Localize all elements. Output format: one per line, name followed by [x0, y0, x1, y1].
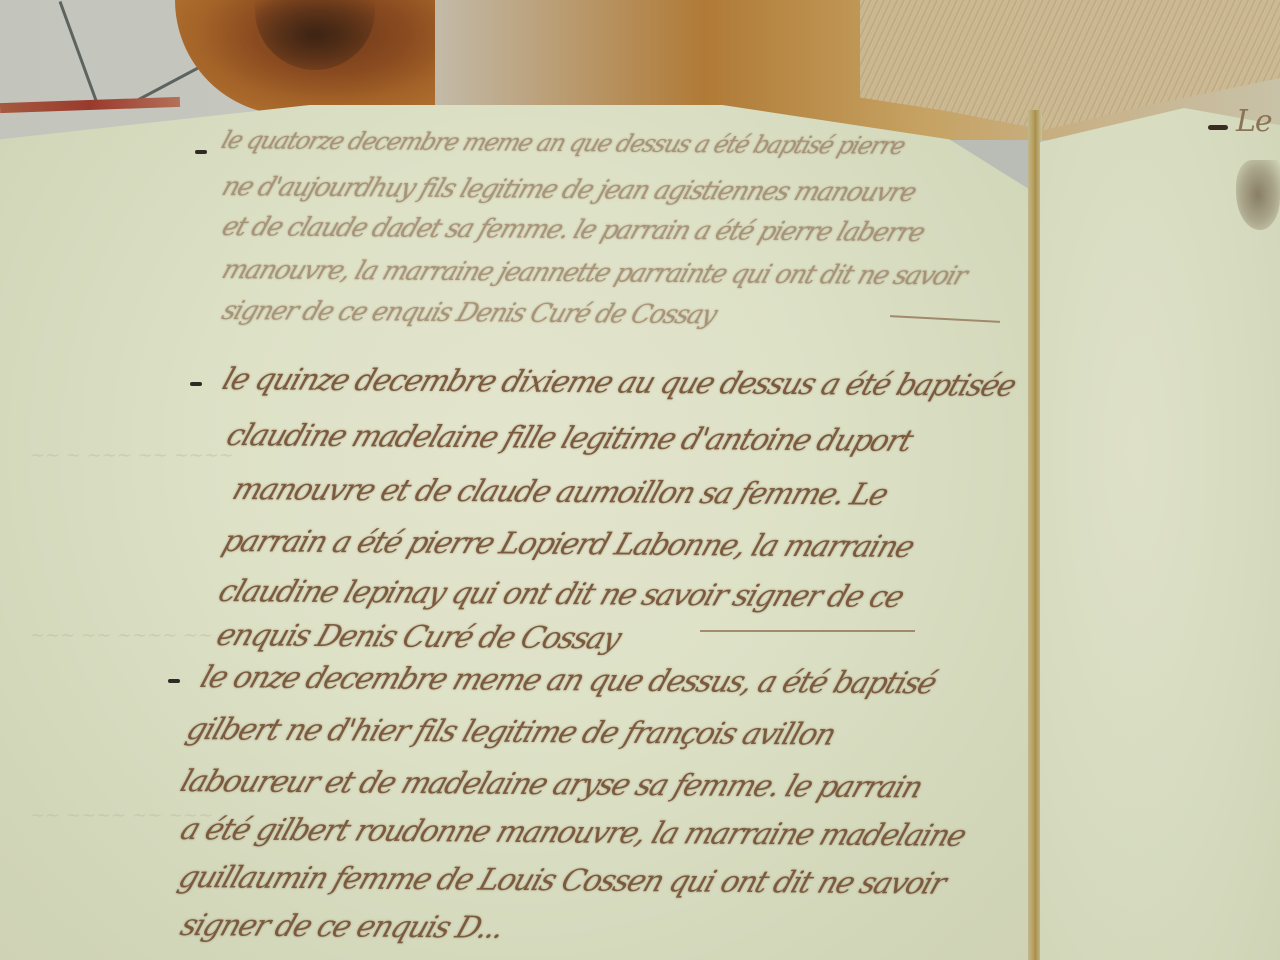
entry-dash — [168, 679, 180, 683]
handwritten-line: claudine madelaine fille legitime d'anto… — [222, 418, 917, 459]
handwritten-line: ne d'aujourdhuy fils legitime de jean ag… — [218, 172, 920, 208]
right-page — [1040, 108, 1280, 960]
handwritten-line: signer de ce enquis Denis Curé de Cossay — [218, 296, 720, 330]
signature-rule — [700, 630, 915, 632]
handwritten-line: a été gilbert roudonne manouvre, la marr… — [176, 812, 970, 854]
handwritten-line: le quinze decembre dixieme au que dessus… — [218, 362, 1020, 404]
handwritten-line: signer de ce enquis D... — [176, 908, 508, 946]
handwritten-line: manouvre et de claude aumoillon sa femme… — [228, 472, 892, 513]
entry-dash — [195, 150, 207, 154]
entry-dash — [1208, 125, 1228, 130]
handwritten-line: gilbert ne d'hier fils legitime de franç… — [182, 712, 840, 753]
handwritten-line: claudine lepinay qui ont dit ne savoir s… — [214, 574, 908, 615]
handwritten-line: parrain a été pierre Lopierd Labonne, la… — [218, 524, 918, 565]
right-page-fragment: Le — [1236, 104, 1272, 139]
bleed-through-text: ~~~ ~~ ~~~~ ~~ — [27, 625, 216, 646]
handwritten-line: le onze decembre meme an que dessus, a é… — [196, 660, 940, 701]
handwritten-line: guillaumin femme de Louis Cossen qui ont… — [174, 860, 950, 902]
handwritten-line: le quatorze decembre meme an que dessus … — [218, 126, 908, 160]
ink-stain — [1236, 160, 1280, 230]
bleed-through-text: ~~ ~ ~~~ ~~ ~~~~ — [27, 445, 237, 466]
handwritten-line: enquis Denis Curé de Cossay — [212, 618, 625, 657]
book-gutter — [1028, 110, 1042, 960]
handwritten-line: et de claude dadet sa femme. le parrain … — [218, 212, 928, 248]
handwritten-line: laboureur et de madelaine aryse sa femme… — [176, 764, 926, 805]
entry-dash — [190, 382, 202, 386]
